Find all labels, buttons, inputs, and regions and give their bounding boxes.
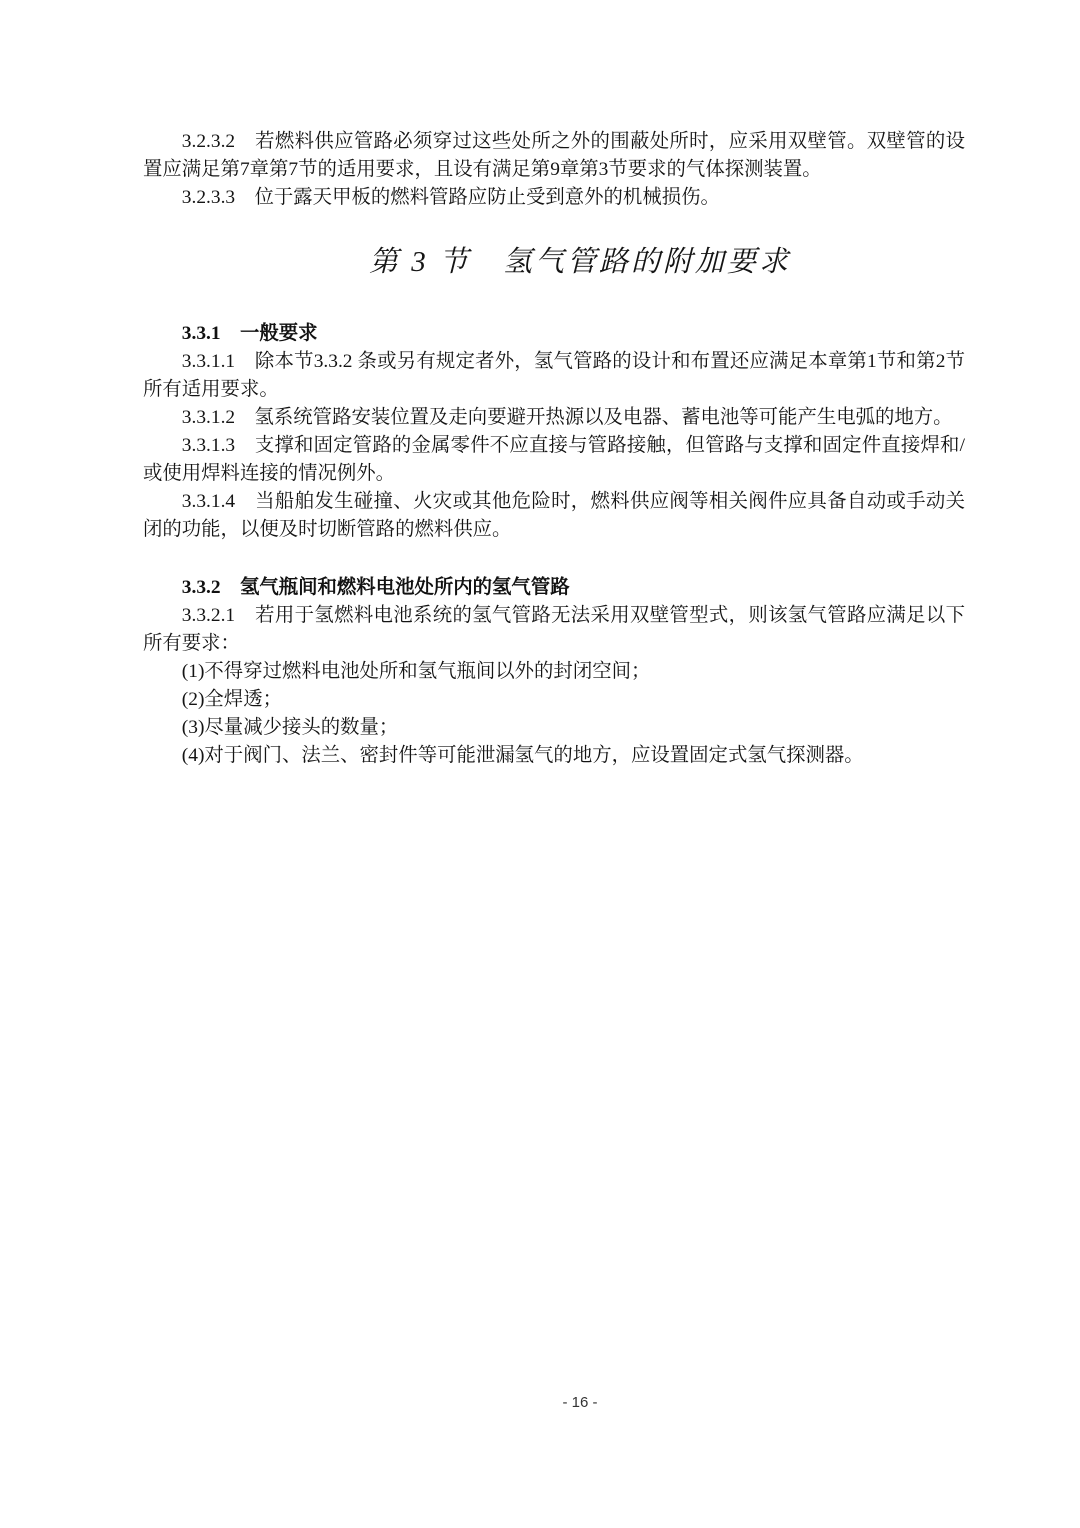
- clause-3-3-1-1: 3.3.1.1 除本节3.3.2 条或另有规定者外，氢气管路的设计和布置还应满足…: [143, 348, 965, 404]
- list-item-3: (3)尽量减少接头的数量；: [143, 714, 965, 742]
- clause-3-3-1-3: 3.3.1.3 支撑和固定管路的金属零件不应直接与管路接触，但管路与支撑和固定件…: [143, 432, 965, 488]
- page-footer: - 16 -: [0, 1392, 1080, 1414]
- document-content: 3.2.3.2 若燃料供应管路必须穿过这些处所之外的围蔽处所时，应采用双壁管。双…: [143, 128, 965, 770]
- clause-3-2-3-2: 3.2.3.2 若燃料供应管路必须穿过这些处所之外的围蔽处所时，应采用双壁管。双…: [143, 128, 965, 184]
- list-item-1: (1)不得穿过燃料电池处所和氢气瓶间以外的封闭空间；: [143, 658, 965, 686]
- section-heading: 第 3 节 氢气管路的附加要求: [143, 240, 965, 284]
- document-page: 3.2.3.2 若燃料供应管路必须穿过这些处所之外的围蔽处所时，应采用双壁管。双…: [0, 0, 1080, 1528]
- subsection-heading-3-3-1: 3.3.1 一般要求: [143, 320, 965, 348]
- list-item-4: (4)对于阀门、法兰、密封件等可能泄漏氢气的地方，应设置固定式氢气探测器。: [143, 742, 965, 770]
- clause-3-3-1-4: 3.3.1.4 当船舶发生碰撞、火灾或其他危险时，燃料供应阀等相关阀件应具备自动…: [143, 488, 965, 544]
- clause-3-3-2-1: 3.3.2.1 若用于氢燃料电池系统的氢气管路无法采用双壁管型式，则该氢气管路应…: [143, 602, 965, 658]
- page-number: - 16 -: [562, 1394, 597, 1411]
- subsection-heading-3-3-2: 3.3.2 氢气瓶间和燃料电池处所内的氢气管路: [143, 574, 965, 602]
- clause-3-3-1-2: 3.3.1.2 氢系统管路安装位置及走向要避开热源以及电器、蓄电池等可能产生电弧…: [143, 404, 965, 432]
- list-item-2: (2)全焊透；: [143, 686, 965, 714]
- clause-3-2-3-3: 3.2.3.3 位于露天甲板的燃料管路应防止受到意外的机械损伤。: [143, 184, 965, 212]
